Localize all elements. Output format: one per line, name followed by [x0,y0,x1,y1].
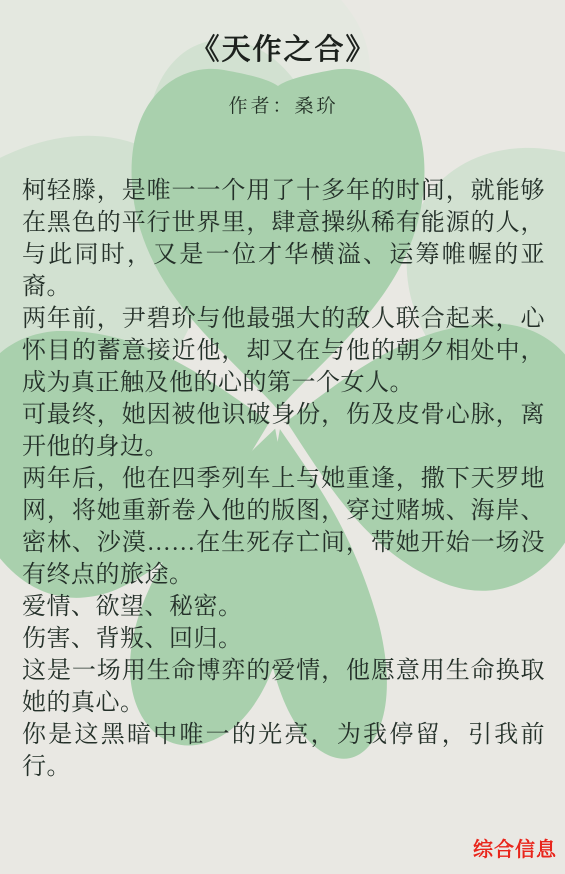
synopsis-paragraph: 这是一场用生命博弈的爱情，他愿意用生命换取她的真心。 [22,655,545,719]
synopsis-paragraph: 伤害、背叛、回归。 [22,623,545,655]
page-content: 《天作之合》 作者：桑玠 柯轻滕，是唯一一个用了十多年的时间，就能够在黑色的平行… [22,0,545,783]
synopsis-paragraph: 爱情、欲望、秘密。 [22,591,545,623]
footer-category-label: 综合信息 [473,833,557,862]
page-title: 《天作之合》 [22,32,545,68]
author-line: 作者：桑玠 [22,95,545,119]
synopsis-paragraph: 两年后，他在四季列车上与她重逢，撒下天罗地网，将她重新卷入他的版图，穿过赌城、海… [22,463,545,591]
synopsis-paragraph: 柯轻滕，是唯一一个用了十多年的时间，就能够在黑色的平行世界里，肆意操纵稀有能源的… [22,175,545,303]
synopsis-block: 柯轻滕，是唯一一个用了十多年的时间，就能够在黑色的平行世界里，肆意操纵稀有能源的… [22,175,545,783]
synopsis-paragraph: 两年前，尹碧玠与他最强大的敌人联合起来，心怀目的蓄意接近他，却又在与他的朝夕相处… [22,303,545,399]
book-intro-page: 《天作之合》 作者：桑玠 柯轻滕，是唯一一个用了十多年的时间，就能够在黑色的平行… [0,0,565,874]
synopsis-paragraph: 可最终，她因被他识破身份，伤及皮骨心脉，离开他的身边。 [22,399,545,463]
synopsis-paragraph: 你是这黑暗中唯一的光亮，为我停留，引我前行。 [22,719,545,783]
